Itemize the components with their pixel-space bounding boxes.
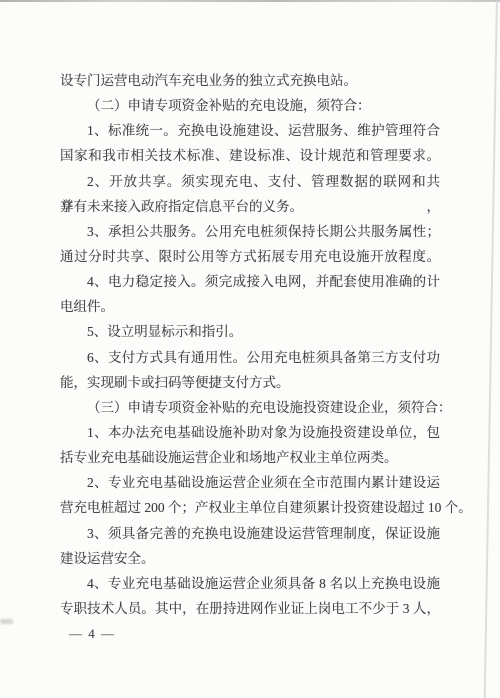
text-line: 专职技术人员。其中，在册持进网作业证上岗电工不少于 3 人， bbox=[60, 596, 440, 621]
text-line: 6、支付方式具有通用性。公用充电桩须具备第三方支付功 bbox=[60, 345, 440, 370]
text-line: 营充电桩超过 200 个；产权业主单位自建须累计投资建设超过 10 个。 bbox=[60, 495, 440, 520]
text-line: 2、开放共享。须实现充电、支付、管理数据的联网和共享， bbox=[60, 169, 440, 194]
text-line: 设专门运营电动汽车充电业务的独立式充换电站。 bbox=[60, 68, 440, 93]
text-line: 1、本办法充电基础设施补助对象为设施投资建设单位，包 bbox=[60, 420, 440, 445]
text-line: 2、专业充电基础设施运营企业须在全市范围内累计建设运 bbox=[60, 470, 440, 495]
scan-right-edge-artifact bbox=[484, 0, 498, 698]
text-block: 设专门运营电动汽车充电业务的独立式充换电站。（二）申请专项资金补贴的充电设施，须… bbox=[60, 68, 440, 646]
text-line: 括专业充电基础设施运营企业和场地产权业主单位两类。 bbox=[60, 445, 440, 470]
text-line: 5、设立明显标示和指引。 bbox=[60, 319, 440, 344]
text-line: 4、电力稳定接入。须完成接入电网，并配套使用准确的计 bbox=[60, 269, 440, 294]
text-line: 电组件。 bbox=[60, 294, 440, 319]
scan-top-edge-artifact bbox=[0, 0, 500, 2]
text-line: 3、承担公共服务。公用充电桩须保持长期公共服务属性； bbox=[60, 219, 440, 244]
text-line: 4、专业充电基础设施运营企业须具备 8 名以上充换电设施 bbox=[60, 571, 440, 596]
text-line: （三）申请专项资金补贴的充电设施投资建设企业，须符合： bbox=[60, 395, 440, 420]
page-number: — 4 — bbox=[60, 621, 440, 646]
scan-speckle-artifact bbox=[0, 619, 13, 624]
text-line: 3、须具备完善的充换电设施建设运营管理制度，保证设施 bbox=[60, 521, 440, 546]
text-line: （二）申请专项资金补贴的充电设施，须符合： bbox=[60, 93, 440, 118]
text-line: 能，实现刷卡或扫码等便捷支付方式。 bbox=[60, 370, 440, 395]
text-line: 1、标准统一。充换电设施建设、运营服务、维护管理符合 bbox=[60, 118, 440, 143]
text-line: 建设运营安全。 bbox=[60, 546, 440, 571]
text-line: 通过分时共享、限时公用等方式拓展专用充电设施开放程度。 bbox=[60, 244, 440, 269]
text-line: 国家和我市相关技术标准、建设标准、设计规范和管理要求。 bbox=[60, 143, 440, 168]
